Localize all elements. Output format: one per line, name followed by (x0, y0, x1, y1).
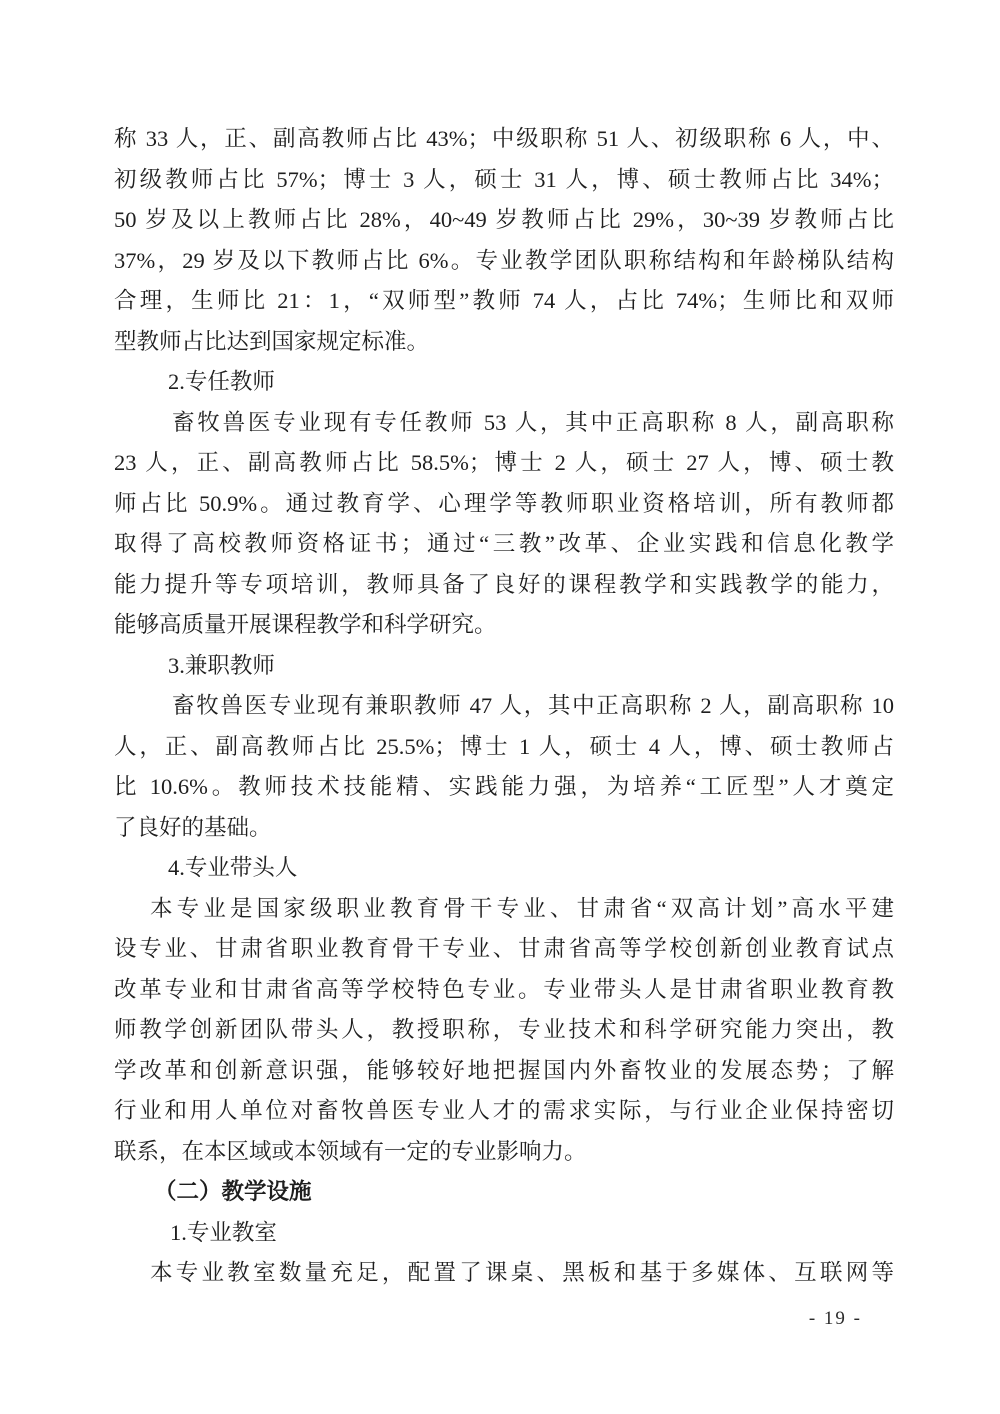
numbered-subheading: 4.专业带头人 (114, 848, 894, 889)
body-text-line: 能力提升等专项培训，教师具备了良好的课程教学和实践教学的能力， (114, 565, 894, 606)
body-text-line: 50 岁及以上教师占比 28%，40~49 岁教师占比 29%，30~39 岁教… (114, 200, 894, 241)
body-text-line: 人，正、副高教师占比 25.5%；博士 1 人，硕士 4 人，博、硕士教师占 (114, 727, 894, 768)
body-text-line: 本专业教室数量充足，配置了课桌、黑板和基于多媒体、互联网等 (114, 1253, 894, 1294)
body-text-line: 本专业是国家级职业教育骨干专业、甘肃省“双高计划”高水平建 (114, 889, 894, 930)
document-text-block: 称 33 人，正、副高教师占比 43%；中级职称 51 人、初级职称 6 人，中… (114, 119, 894, 1294)
body-text-line: 初级教师占比 57%；博士 3 人，硕士 31 人，博、硕士教师占比 34%； (114, 160, 894, 201)
body-text-line: 称 33 人，正、副高教师占比 43%；中级职称 51 人、初级职称 6 人，中… (114, 119, 894, 160)
body-text-line: 设专业、甘肃省职业教育骨干专业、甘肃省高等学校创新创业教育试点 (114, 929, 894, 970)
page-number: - 19 - (809, 1308, 862, 1330)
body-text-line: 师教学创新团队带头人，教授职称，专业技术和科学研究能力突出，教 (114, 1010, 894, 1051)
body-text-line: 37%，29 岁及以下教师占比 6%。专业教学团队职称结构和年龄梯队结构 (114, 241, 894, 282)
numbered-subheading: 1.专业教室 (114, 1213, 894, 1254)
body-text-line: 合理，生师比 21：1，“双师型”教师 74 人，占比 74%；生师比和双师 (114, 281, 894, 322)
numbered-subheading: 2.专任教师 (114, 362, 894, 403)
body-text-line: 学改革和创新意识强，能够较好地把握国内外畜牧业的发展态势；了解 (114, 1051, 894, 1092)
body-text-line: 联系，在本区域或本领域有一定的专业影响力。 (114, 1132, 894, 1173)
body-text-line: 能够高质量开展课程教学和科学研究。 (114, 605, 894, 646)
body-text-line: 了良好的基础。 (114, 808, 894, 849)
section-heading: （二）教学设施 (114, 1172, 894, 1213)
body-text-line: 比 10.6%。教师技术技能精、实践能力强，为培养“工匠型”人才奠定 (114, 767, 894, 808)
body-text-line: 取得了高校教师资格证书；通过“三教”改革、企业实践和信息化教学 (114, 524, 894, 565)
document-page: 称 33 人，正、副高教师占比 43%；中级职称 51 人、初级职称 6 人，中… (0, 0, 1000, 1414)
numbered-subheading: 3.兼职教师 (114, 646, 894, 687)
body-text-line: 畜牧兽医专业现有专任教师 53 人，其中正高职称 8 人，副高职称 (114, 403, 894, 444)
body-text-line: 师占比 50.9%。通过教育学、心理学等教师职业资格培训，所有教师都 (114, 484, 894, 525)
body-text-line: 畜牧兽医专业现有兼职教师 47 人，其中正高职称 2 人，副高职称 10 (114, 686, 894, 727)
body-text-line: 型教师占比达到国家规定标准。 (114, 322, 894, 363)
body-text-line: 改革专业和甘肃省高等学校特色专业。专业带头人是甘肃省职业教育教 (114, 970, 894, 1011)
body-text-line: 行业和用人单位对畜牧兽医专业人才的需求实际，与行业企业保持密切 (114, 1091, 894, 1132)
body-text-line: 23 人，正、副高教师占比 58.5%；博士 2 人，硕士 27 人，博、硕士教 (114, 443, 894, 484)
